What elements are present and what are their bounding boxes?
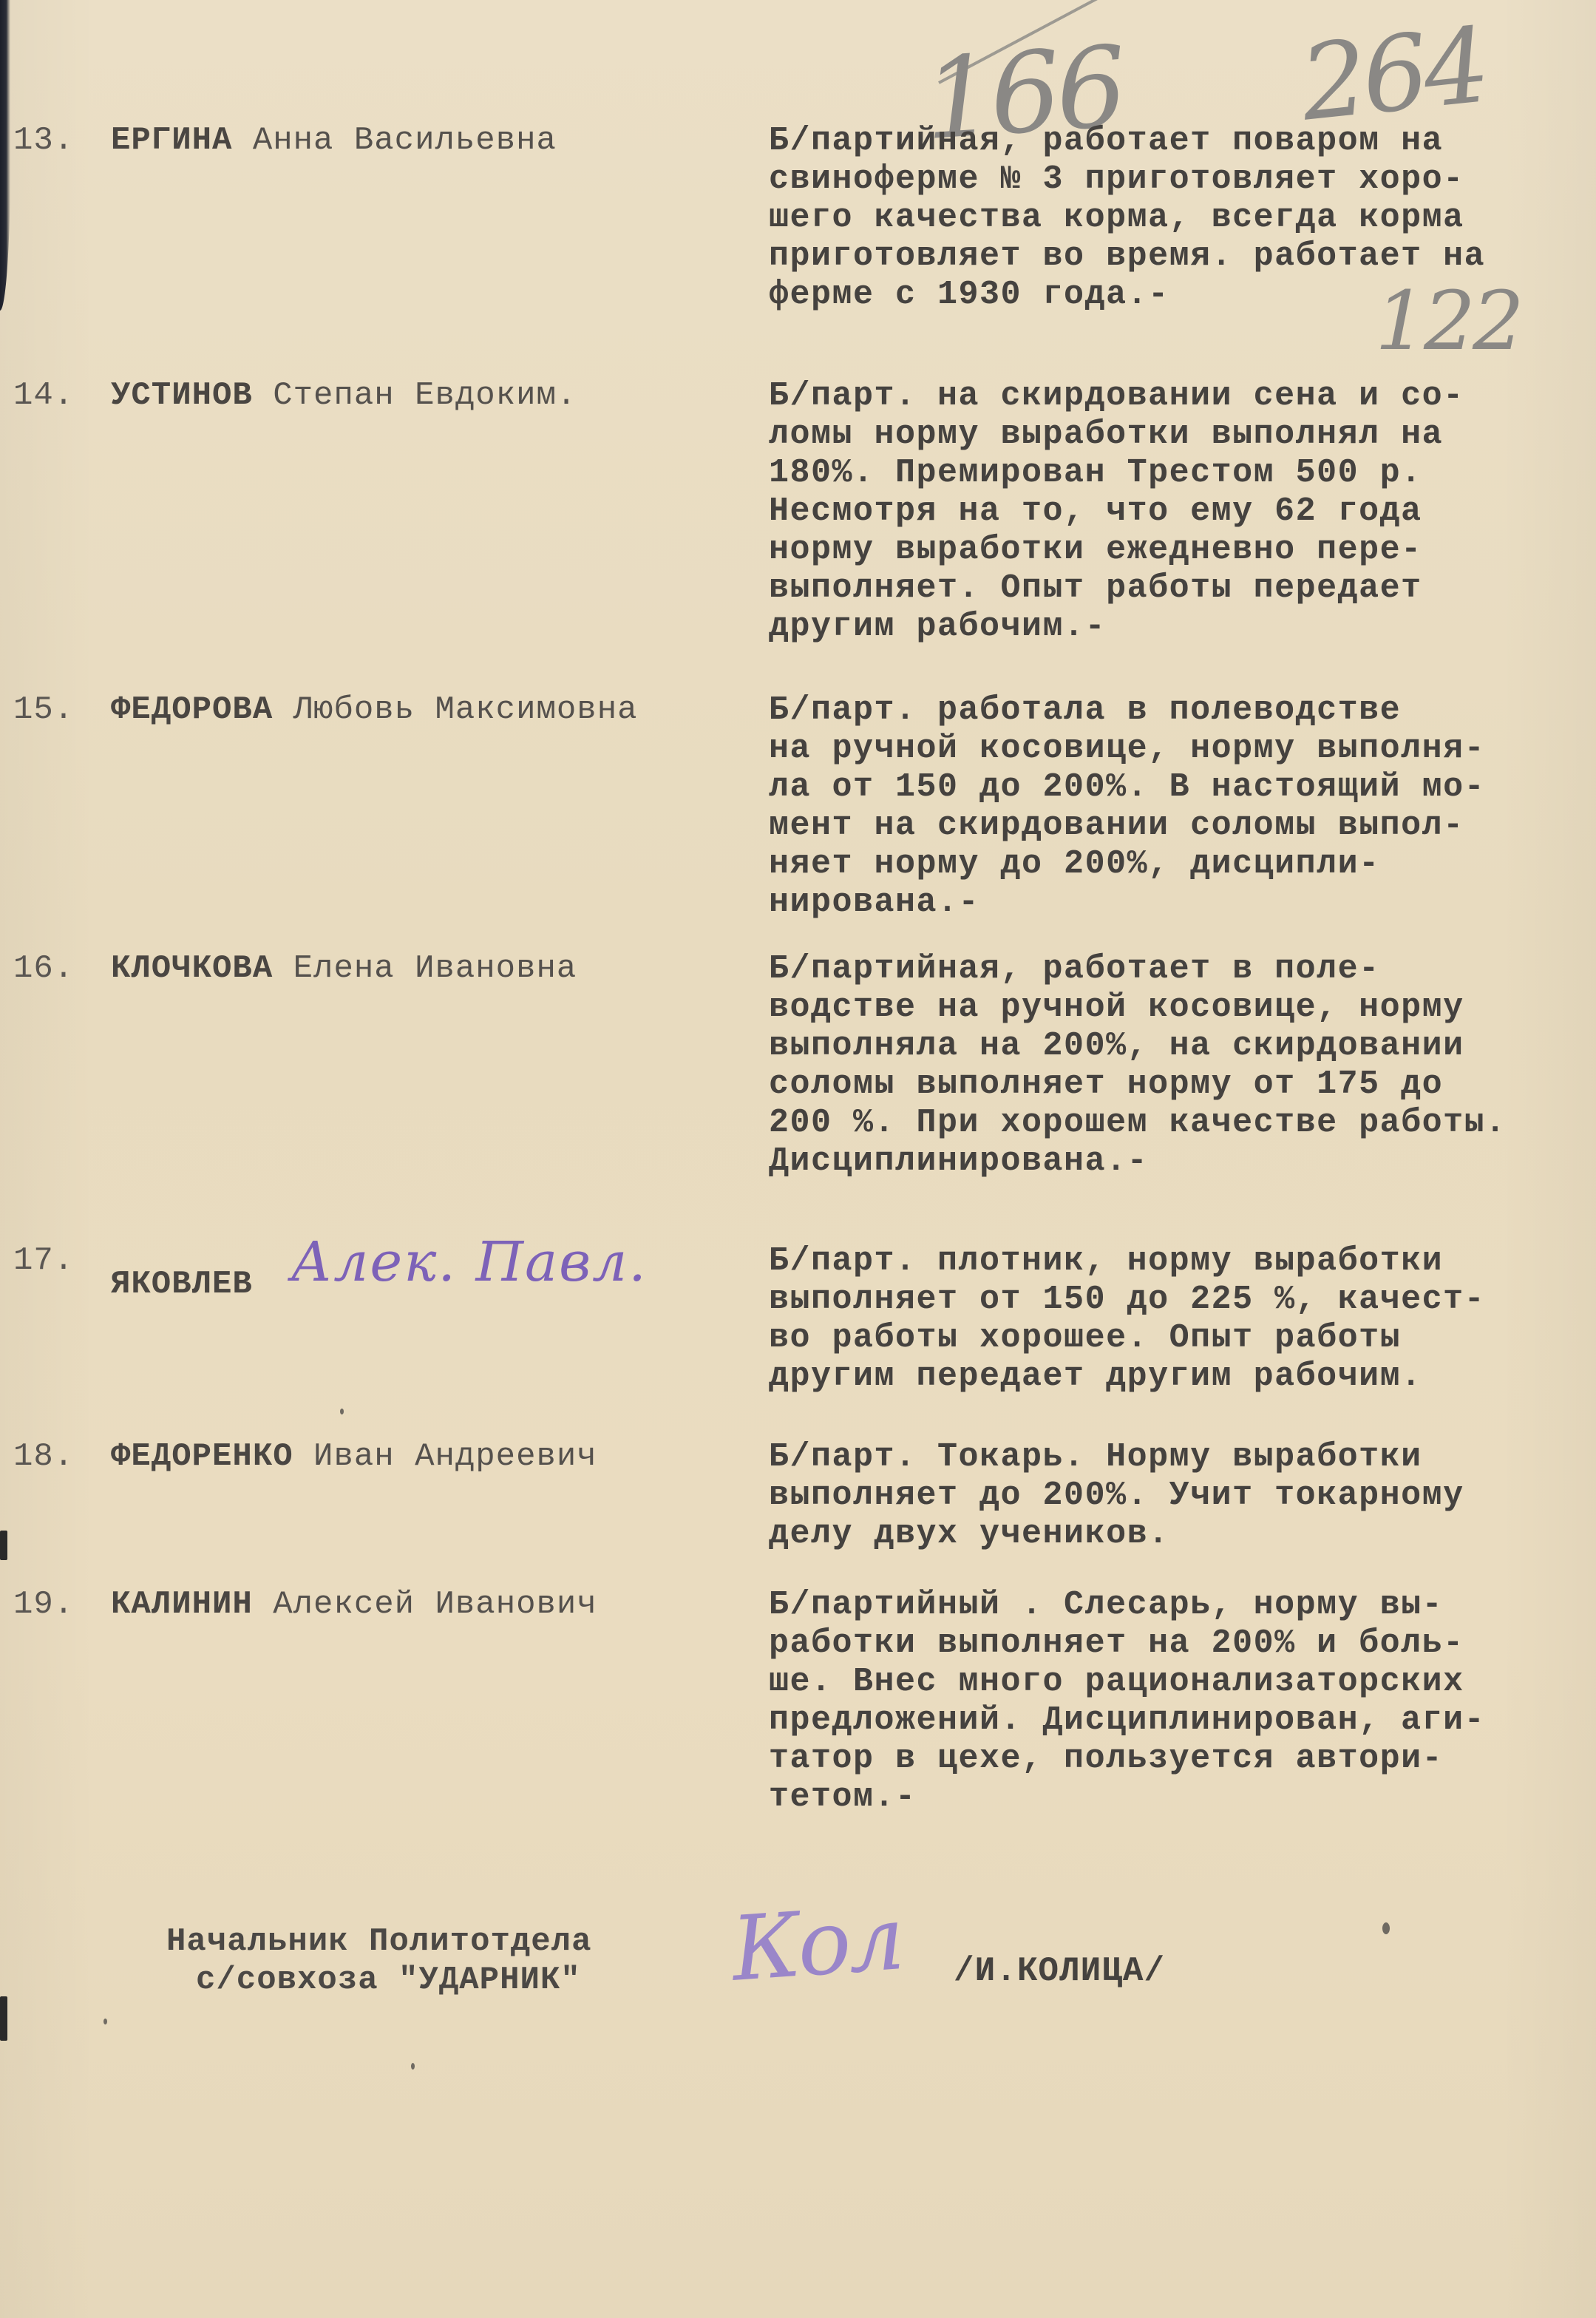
entry-surname: КЛОЧКОВА — [111, 950, 273, 987]
entry-name: ЯКОВЛЕВ Алек. Павл. — [111, 1242, 648, 1306]
description-line: Б/парт. Токарь. Норму выработки — [769, 1438, 1589, 1477]
description-line: ла от 150 до 200%. В настоящий мо- — [769, 768, 1589, 807]
description-line: Несмотря на то, что ему 62 года — [769, 492, 1589, 531]
signatory-title-line: Начальник Политотдела — [166, 1922, 592, 1961]
description-line: выполняет до 200%. Учит токарному — [769, 1477, 1589, 1515]
entry-surname: УСТИНОВ — [111, 377, 253, 414]
description-line: тетом.- — [769, 1778, 1589, 1817]
entry-description: Б/партийная, работает в поле- водстве на… — [769, 950, 1589, 1181]
entry-description: Б/партийная, работает поваром на свинофе… — [769, 122, 1589, 314]
entry-description: Б/парт. Токарь. Норму выработки выполняе… — [769, 1438, 1589, 1553]
description-line: соломы выполняет норму от 175 до — [769, 1065, 1589, 1104]
entry-given-names: Степан Евдоким. — [273, 377, 577, 414]
description-line: выполняет от 150 до 225 %, качест- — [769, 1281, 1589, 1319]
entry-given-names: Иван Андреевич — [313, 1438, 597, 1475]
description-line: приготовляет во время. работает на — [769, 237, 1589, 276]
entry-name: ФЕДОРОВА Любовь Максимовна — [111, 691, 638, 728]
entry-number: 13. — [13, 122, 74, 159]
scan-edge-mark — [0, 1996, 7, 2041]
entry-number: 15. — [13, 691, 74, 728]
paper-speck — [340, 1409, 344, 1414]
entry-surname: КАЛИНИН — [111, 1586, 253, 1623]
description-line: работки выполняет на 200% и боль- — [769, 1624, 1589, 1663]
description-line: Дисциплинирована.- — [769, 1142, 1589, 1181]
description-line: Б/парт. работала в полеводстве — [769, 691, 1589, 730]
signatory-title-line: с/совхоза "УДАРНИК" — [166, 1961, 592, 1999]
entry-number: 18. — [13, 1438, 74, 1475]
signatory-name: /И.КОЛИЦА/ — [954, 1952, 1165, 1990]
entry-name: ФЕДОРЕНКО Иван Андреевич — [111, 1438, 597, 1475]
description-line: выполняет. Опыт работы передает — [769, 569, 1589, 608]
entry-given-names: Алексей Иванович — [273, 1586, 597, 1623]
handwritten-signature: Кол — [728, 1887, 905, 2002]
entry-description: Б/партийный . Слесарь, норму вы- работки… — [769, 1586, 1589, 1817]
paper-speck — [411, 2063, 415, 2070]
entry-name: ЕРГИНА Анна Васильевна — [111, 122, 557, 159]
description-line: делу двух учеников. — [769, 1515, 1589, 1553]
entry-number: 14. — [13, 377, 74, 414]
entry-surname: ФЕДОРЕНКО — [111, 1438, 293, 1475]
entry-number: 19. — [13, 1586, 74, 1623]
entry-description: Б/парт. работала в полеводстве на ручной… — [769, 691, 1589, 922]
description-line: Б/партийная, работает поваром на — [769, 122, 1589, 160]
description-line: норму выработки ежедневно пере- — [769, 531, 1589, 569]
description-line: во работы хорошее. Опыт работы — [769, 1319, 1589, 1358]
description-line: Б/партийная, работает в поле- — [769, 950, 1589, 989]
handwritten-initials: Алек. Павл. — [291, 1230, 648, 1294]
description-line: предложений. Дисциплинирован, аги- — [769, 1701, 1589, 1740]
entry-name: УСТИНОВ Степан Евдоким. — [111, 377, 577, 414]
entry-surname: ЕРГИНА — [111, 122, 232, 159]
description-line: Б/парт. плотник, норму выработки — [769, 1242, 1589, 1281]
description-line: шего качества корма, всегда корма — [769, 199, 1589, 237]
signature-block: Начальник Политотдела с/совхоза "УДАРНИК… — [166, 1922, 592, 1999]
description-line: 200 %. При хорошем качестве работы. — [769, 1104, 1589, 1142]
paper-speck — [103, 2019, 107, 2024]
description-line: ше. Внес много рационализаторских — [769, 1663, 1589, 1701]
entry-description: Б/парт. на скирдовании сена и со- ломы н… — [769, 377, 1589, 646]
description-line: другим рабочим.- — [769, 608, 1589, 646]
entry-number: 16. — [13, 950, 74, 987]
description-line: на ручной косовице, норму выполня- — [769, 730, 1589, 768]
entry-given-names: Анна Васильевна — [253, 122, 557, 159]
description-line: водстве на ручной косовице, норму — [769, 989, 1589, 1027]
description-line: татор в цехе, пользуется автори- — [769, 1740, 1589, 1778]
entry-surname: ЯКОВЛЕВ — [111, 1266, 253, 1303]
description-line: мент на скирдовании соломы выпол- — [769, 807, 1589, 845]
description-line: ферме с 1930 года.- — [769, 276, 1589, 314]
paper-speck — [1382, 1922, 1390, 1934]
description-line: другим передает другим рабочим. — [769, 1358, 1589, 1396]
description-line: няет норму до 200%, дисципли- — [769, 845, 1589, 884]
signatory-title: Начальник Политотдела с/совхоза "УДАРНИК… — [166, 1922, 592, 1999]
entry-given-names: Елена Ивановна — [293, 950, 577, 987]
description-line: Б/парт. на скирдовании сена и со- — [769, 377, 1589, 416]
description-line: 180%. Премирован Трестом 500 р. — [769, 454, 1589, 492]
description-line: Б/партийный . Слесарь, норму вы- — [769, 1586, 1589, 1624]
description-line: нирована.- — [769, 884, 1589, 922]
entry-name: КАЛИНИН Алексей Иванович — [111, 1586, 597, 1623]
scan-edge-mark — [0, 1531, 7, 1560]
description-line: ломы норму выработки выполнял на — [769, 416, 1589, 454]
description-line: свиноферме № 3 приготовляет хоро- — [769, 160, 1589, 199]
description-line: выполняла на 200%, на скирдовании — [769, 1027, 1589, 1065]
entry-number: 17. — [13, 1242, 74, 1279]
entry-given-names: Любовь Максимовна — [293, 691, 638, 728]
entry-name: КЛОЧКОВА Елена Ивановна — [111, 950, 577, 987]
entry-surname: ФЕДОРОВА — [111, 691, 273, 728]
entry-description: Б/парт. плотник, норму выработки выполня… — [769, 1242, 1589, 1396]
